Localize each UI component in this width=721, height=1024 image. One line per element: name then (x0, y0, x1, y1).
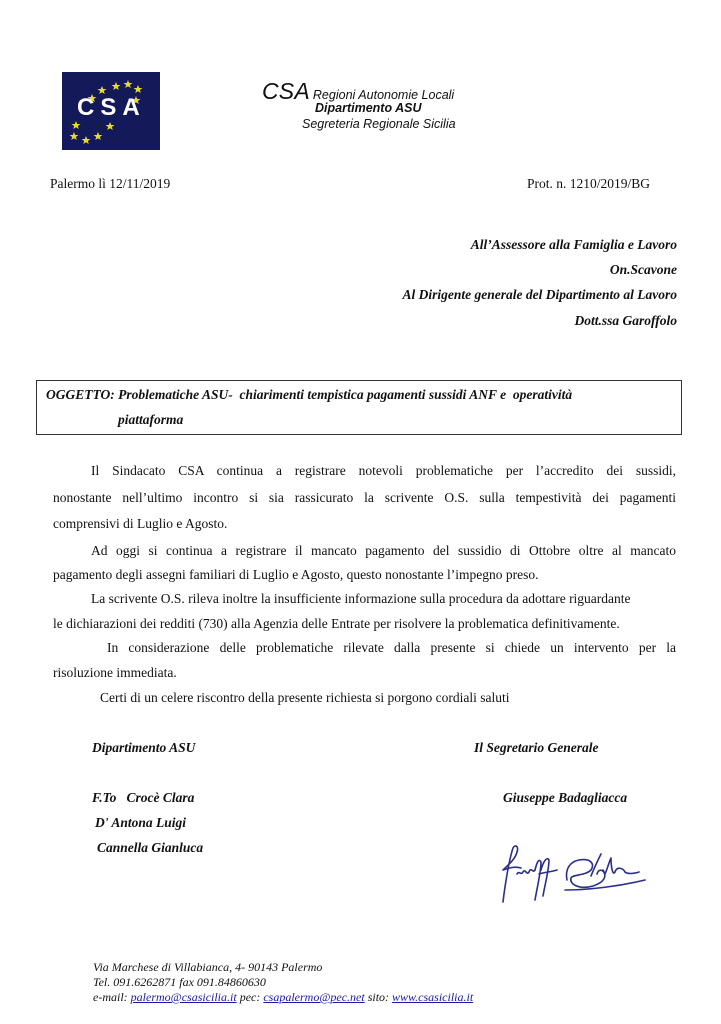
org-acronym: CSA (262, 78, 310, 104)
pec-label: pec: (237, 990, 264, 1004)
closing-line: Certi di un celere riscontro della prese… (100, 690, 510, 706)
csa-logo: CSA (62, 72, 160, 150)
recipient-line: Dott.ssa Garoffolo (403, 308, 677, 333)
recipient-line: Al Dirigente generale del Dipartimento a… (403, 282, 677, 307)
logo-text: CSA (77, 94, 146, 122)
body-line: Ad oggi si continua a registrare il manc… (91, 543, 676, 559)
body-line: comprensivi di Luglio e Agosto. (53, 516, 227, 532)
subject-line: piattaforma (118, 412, 183, 428)
signatory-name: D' Antona Luigi (95, 815, 186, 831)
subject-line: OGGETTO: Problematiche ASU- chiarimenti … (46, 387, 572, 403)
signatory-name: F.To Crocè Clara (92, 790, 194, 806)
email-label: e-mail: (93, 990, 131, 1004)
footer-phones: Tel. 091.6262871 fax 091.84860630 (93, 975, 266, 990)
handwritten-signature-icon (495, 840, 655, 910)
website-link[interactable]: www.csasicilia.it (392, 990, 473, 1004)
org-department: Dipartimento ASU (315, 101, 422, 115)
body-line: Il Sindacato CSA continua a registrare n… (91, 463, 676, 479)
email-link[interactable]: palermo@csasicilia.it (131, 990, 237, 1004)
footer-address: Via Marchese di Villabianca, 4- 90143 Pa… (93, 960, 322, 975)
subject-box: OGGETTO: Problematiche ASU- chiarimenti … (36, 380, 682, 435)
org-secretariat: Segreteria Regionale Sicilia (302, 117, 456, 131)
body-line: nonostante nell’ultimo incontro si sia r… (53, 490, 676, 506)
signatory-name: Giuseppe Badagliacca (503, 790, 627, 806)
recipients-block: All’Assessore alla Famiglia e Lavoro On.… (403, 232, 677, 333)
site-label: sito: (365, 990, 392, 1004)
org-subtitle: Regioni Autonomie Locali (313, 88, 454, 102)
place-date: Palermo lì 12/11/2019 (50, 176, 170, 192)
footer-contacts: e-mail: palermo@csasicilia.it pec: csapa… (93, 990, 473, 1005)
body-line: pagamento degli assegni familiari di Lug… (53, 567, 539, 583)
signature-title: Dipartimento ASU (92, 740, 195, 756)
protocol-number: Prot. n. 1210/2019/BG (527, 176, 650, 192)
signatory-name: Cannella Gianluca (97, 840, 203, 856)
body-line: le dichiarazioni dei redditi (730) alla … (53, 616, 620, 632)
body-line: In considerazione delle problematiche ri… (107, 640, 676, 656)
body-line: La scrivente O.S. rileva inoltre la insu… (91, 591, 631, 607)
recipient-line: All’Assessore alla Famiglia e Lavoro (403, 232, 677, 257)
signature-title: Il Segretario Generale (474, 740, 599, 756)
pec-link[interactable]: csapalermo@pec.net (263, 990, 364, 1004)
body-line: risoluzione immediata. (53, 665, 177, 681)
recipient-line: On.Scavone (403, 257, 677, 282)
